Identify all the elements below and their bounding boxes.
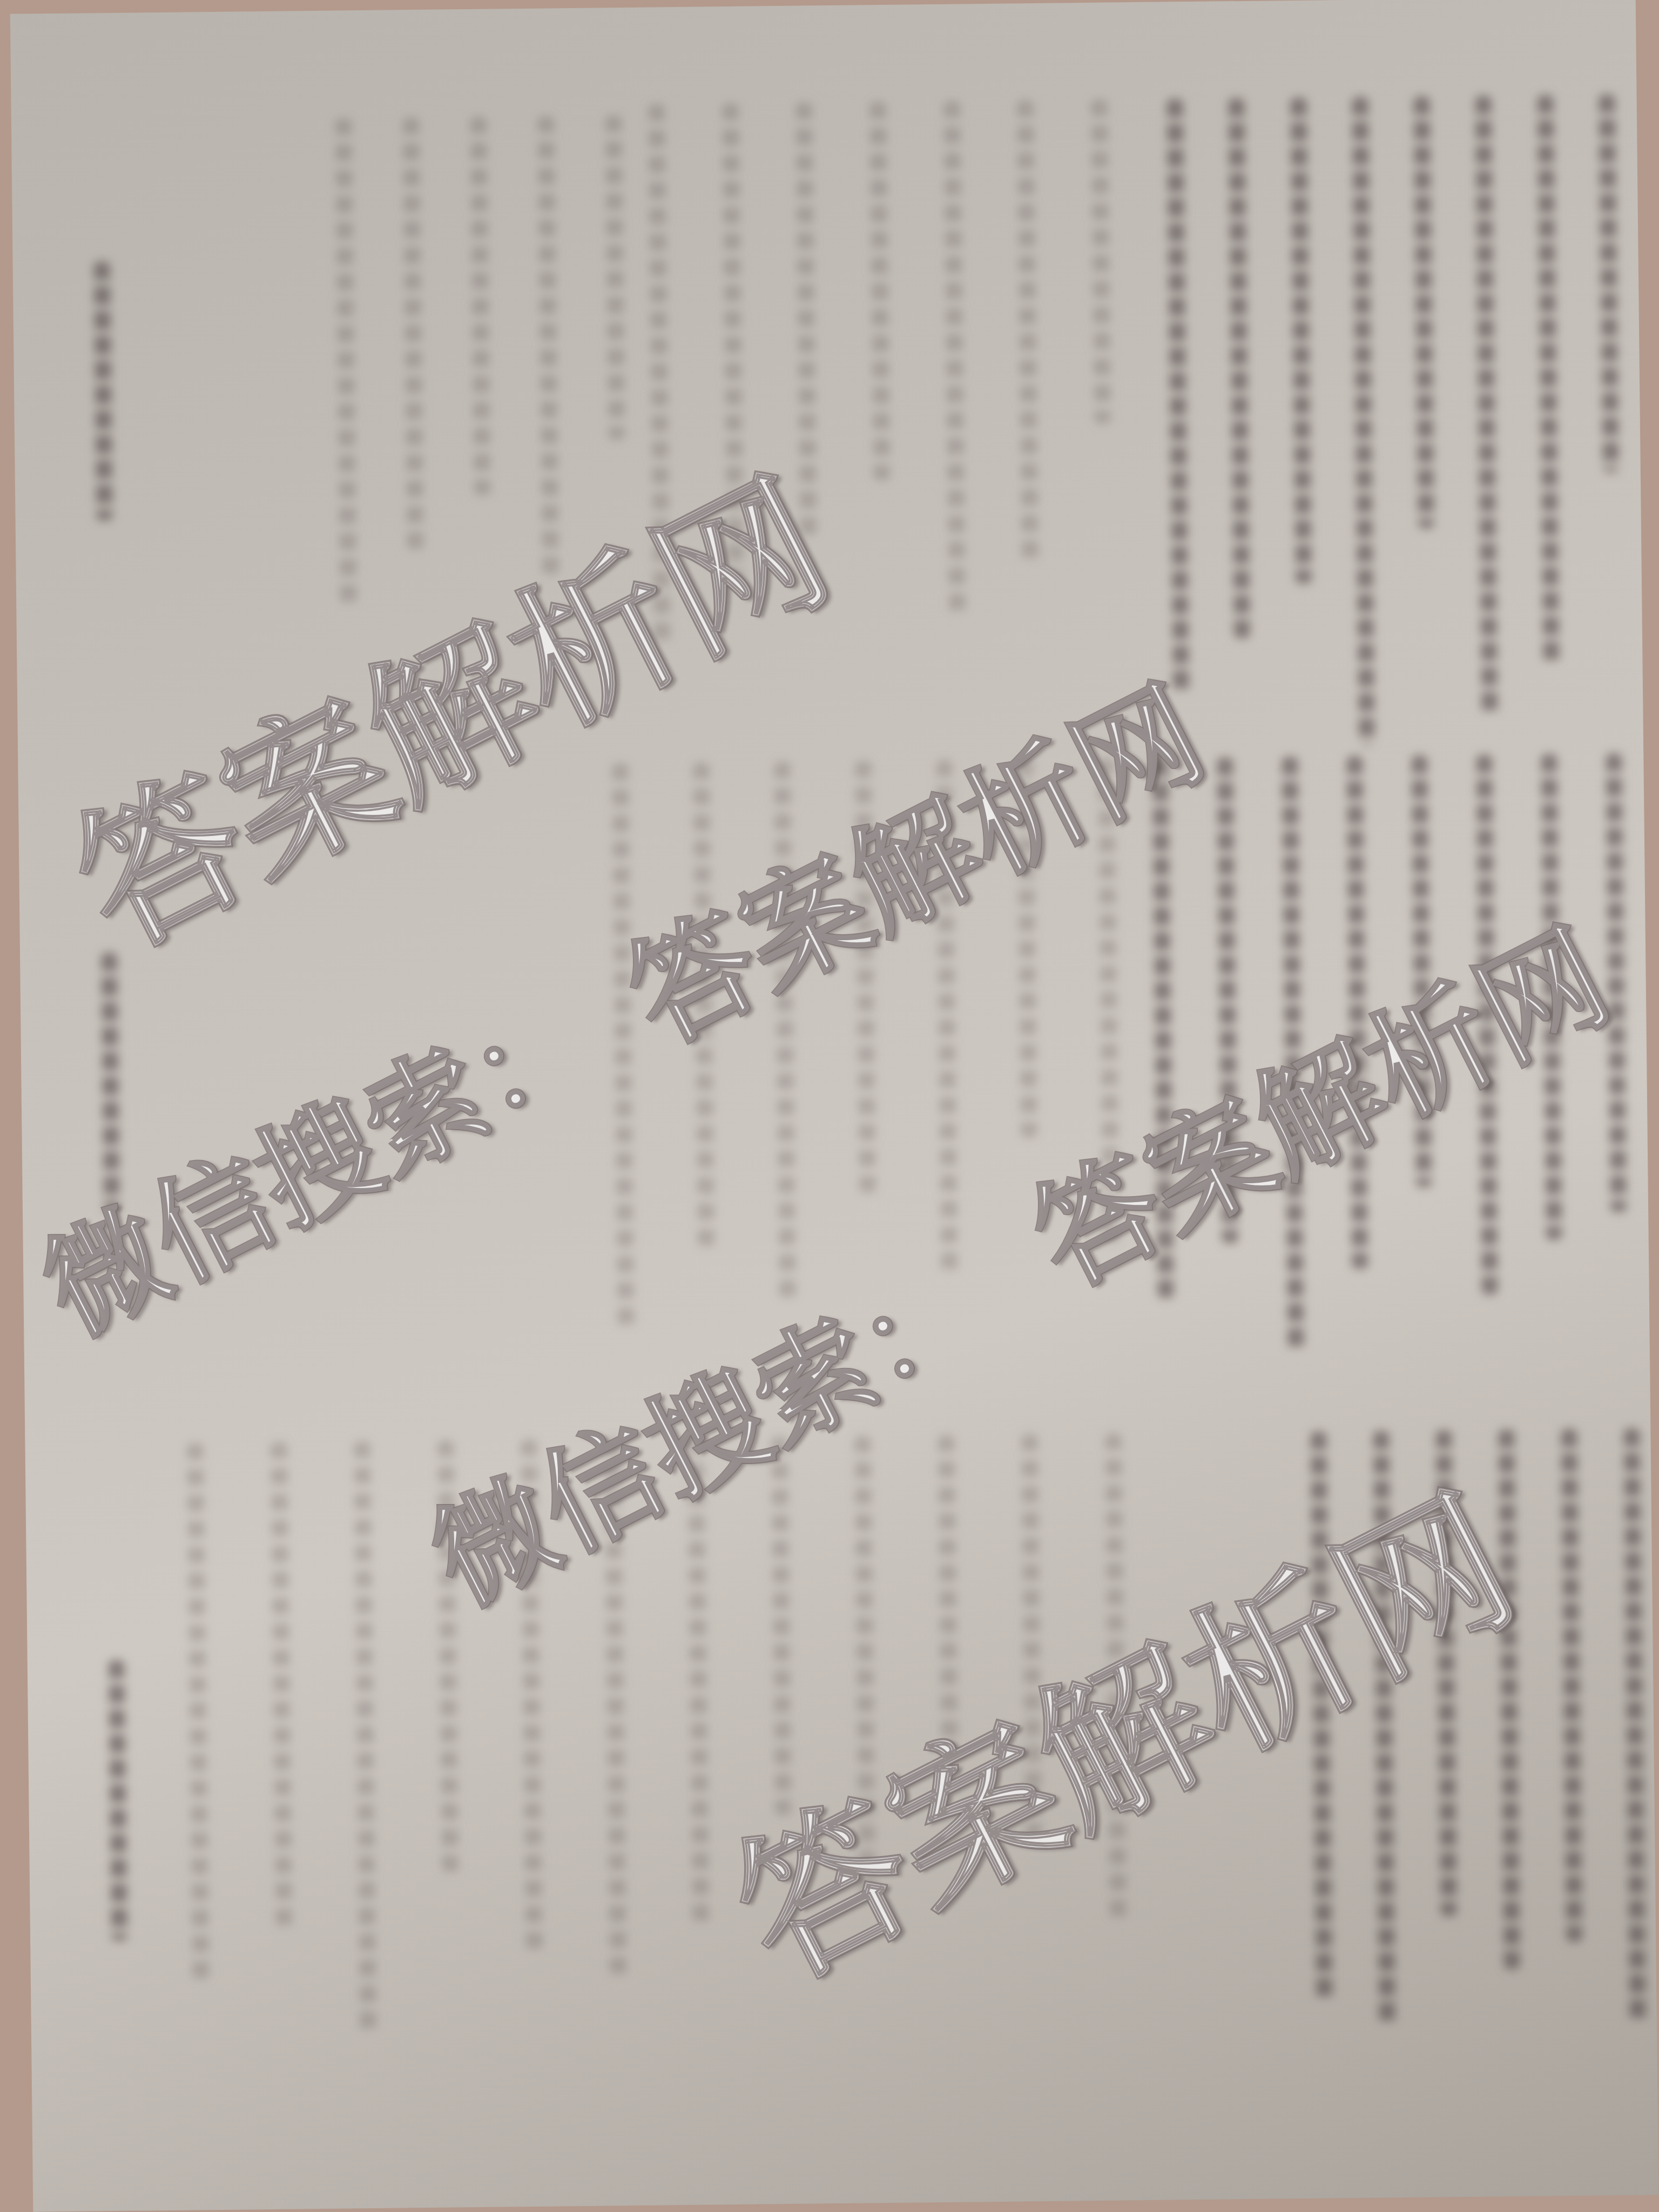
text-column [538, 116, 559, 575]
text-column [1599, 95, 1618, 473]
text-column [870, 102, 890, 480]
text-column [612, 764, 634, 1331]
text-column [605, 116, 625, 440]
text-column [1290, 98, 1311, 584]
text-column [1017, 100, 1038, 559]
text-column [1623, 1428, 1646, 2022]
text-column [771, 1437, 791, 1815]
text-column [943, 101, 965, 614]
text-column [187, 1443, 209, 1983]
text-column [94, 261, 113, 521]
text-column [1537, 95, 1559, 662]
text-column [470, 117, 490, 495]
text-column [1561, 1429, 1582, 1942]
text-column [1352, 97, 1375, 745]
text-column [271, 1442, 292, 1928]
text-column [796, 103, 817, 535]
text-column [335, 118, 356, 604]
text-column [1167, 99, 1190, 693]
text-column [403, 118, 423, 550]
text-column [354, 1441, 377, 2035]
text-column [109, 1660, 127, 1941]
text-column [1606, 753, 1627, 1212]
text-column [1229, 98, 1250, 638]
text-column [1414, 96, 1434, 528]
text-column [1498, 1429, 1520, 1970]
text-column [1475, 96, 1498, 717]
text-column [1091, 100, 1111, 424]
